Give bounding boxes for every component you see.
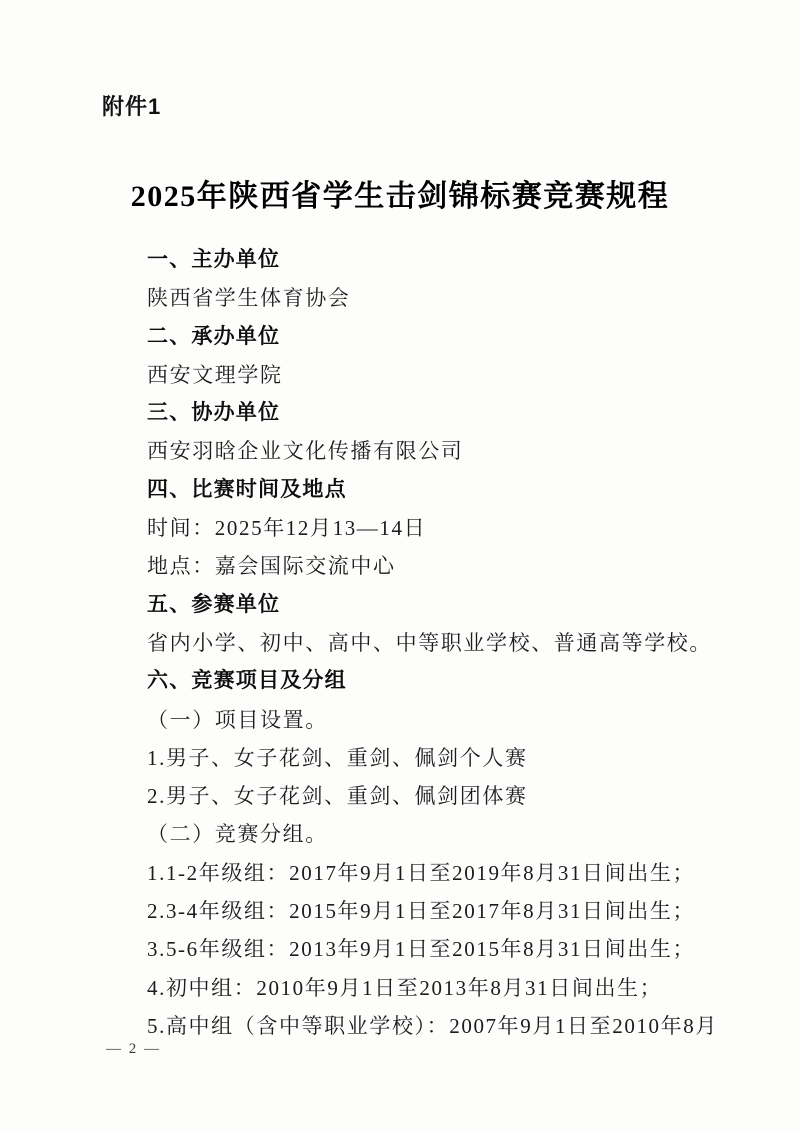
document-page: 附件1 2025年陕西省学生击剑锦标赛竞赛规程 一、主办单位 陕西省学生体育协会… xyxy=(0,0,800,1130)
heading-host-unit: 一、主办单位 xyxy=(147,241,747,279)
group-grade-3-4: 2.3-4年级组：2015年9月1日至2017年8月31日间出生； xyxy=(147,892,747,930)
group-grade-5-6: 3.5-6年级组：2013年9月1日至2015年8月31日间出生； xyxy=(147,930,747,968)
event-team: 2.男子、女子花剑、重剑、佩剑团体赛 xyxy=(147,777,747,815)
competition-time: 时间：2025年12月13—14日 xyxy=(147,509,747,547)
heading-events-and-groups: 六、竞赛项目及分组 xyxy=(147,662,747,700)
heading-participating-units: 五、参赛单位 xyxy=(147,586,747,624)
heading-organizer-unit: 二、承办单位 xyxy=(147,318,747,356)
heading-time-and-venue: 四、比赛时间及地点 xyxy=(147,471,747,509)
footer-page-number: — 2 — xyxy=(106,1041,161,1058)
attachment-label: 附件1 xyxy=(102,90,161,121)
competition-venue: 地点：嘉会国际交流中心 xyxy=(147,547,747,585)
document-body: 一、主办单位 陕西省学生体育协会 二、承办单位 西安文理学院 三、协办单位 西安… xyxy=(147,241,747,1045)
host-unit-name: 陕西省学生体育协会 xyxy=(147,279,747,317)
group-senior-high: 5.高中组（含中等职业学校）：2007年9月1日至2010年8月 xyxy=(147,1007,747,1045)
co-organizer-unit-name: 西安羽晗企业文化传播有限公司 xyxy=(147,432,747,470)
heading-co-organizer-unit: 三、协办单位 xyxy=(147,394,747,432)
subsection-event-setup: （一）项目设置。 xyxy=(147,701,747,739)
event-individual: 1.男子、女子花剑、重剑、佩剑个人赛 xyxy=(147,739,747,777)
participating-units-text: 省内小学、初中、高中、中等职业学校、普通高等学校。 xyxy=(147,624,747,662)
group-grade-1-2: 1.1-2年级组：2017年9月1日至2019年8月31日间出生； xyxy=(147,854,747,892)
group-junior-high: 4.初中组：2010年9月1日至2013年8月31日间出生； xyxy=(147,969,747,1007)
document-title: 2025年陕西省学生击剑锦标赛竞赛规程 xyxy=(0,171,800,215)
subsection-competition-groups: （二）竞赛分组。 xyxy=(147,815,747,853)
organizer-unit-name: 西安文理学院 xyxy=(147,356,747,394)
